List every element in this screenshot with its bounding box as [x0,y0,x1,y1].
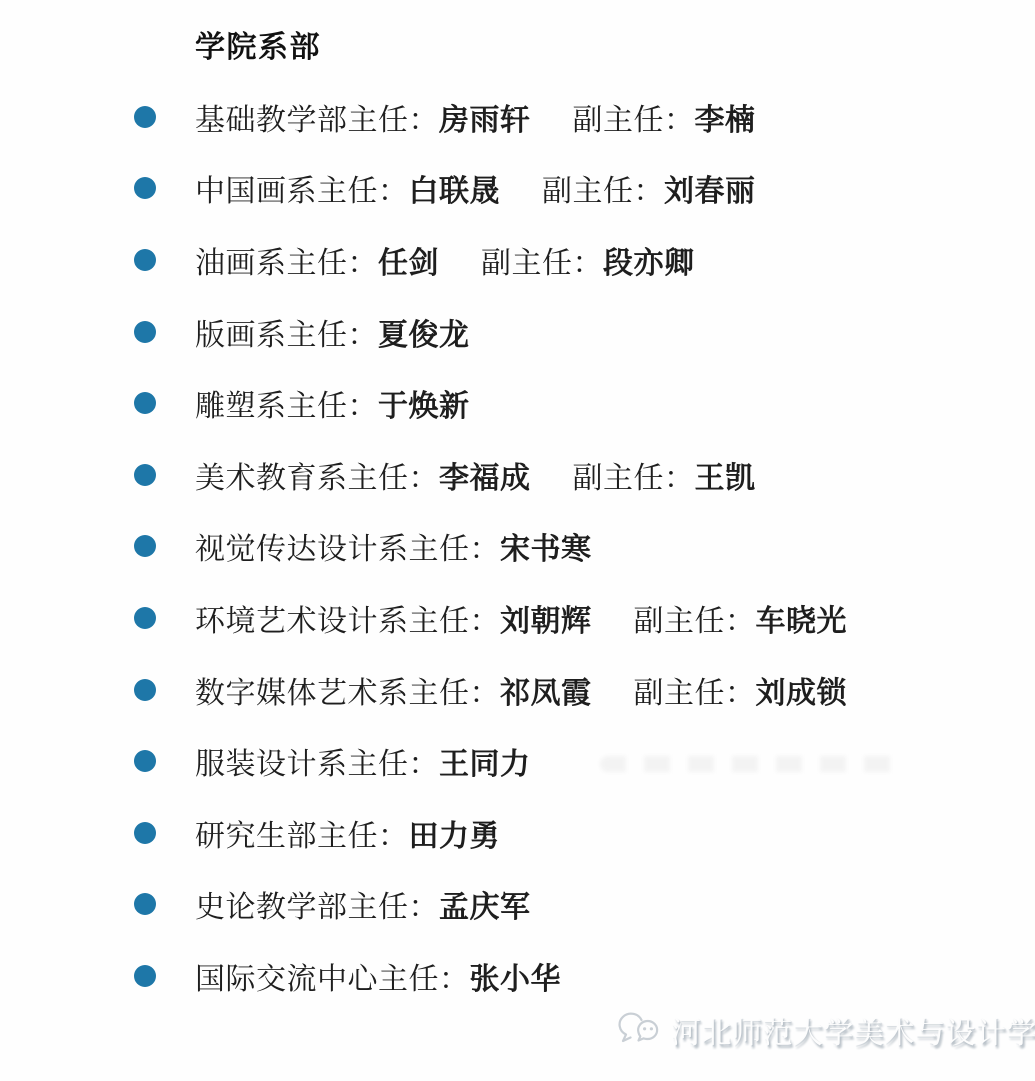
dept-head-name: 白联晟 [409,175,501,208]
dept-list-item: 美术教育系主任：李福成副主任：王凯 [0,439,1035,511]
dept-head-name: 任剑 [378,247,439,280]
dept-role-label: 油画系主任： [195,247,378,280]
vice-role-label: 副主任： [481,247,603,280]
bullet-dot-icon [134,249,156,271]
page-title: 学院系部 [195,22,321,66]
dept-head-name: 王同力 [439,748,531,781]
bullet-dot-icon [134,822,156,844]
dept-entry: 国际交流中心主任：张小华 [195,954,603,998]
vice-role-label: 副主任： [573,104,695,137]
dept-head-name: 张小华 [470,963,562,996]
dept-role-label: 基础教学部主任： [195,104,439,137]
dept-entry: 雕塑系主任：于焕新 [195,381,512,425]
dept-role-label: 数字媒体艺术系主任： [195,677,500,710]
vice-head-name: 段亦卿 [603,247,695,280]
dept-list-item: 环境艺术设计系主任：刘朝辉副主任：车晓光 [0,582,1035,654]
vice-head-name: 刘成锁 [756,677,848,710]
dept-role-label: 雕塑系主任： [195,390,378,423]
erased-watermark-ghost [600,756,900,772]
dept-list-item: 数字媒体艺术系主任：祁凤霞副主任：刘成锁 [0,654,1035,726]
wechat-watermark: 河北师范大学美术与设计学院 [616,1008,1035,1052]
dept-entry: 环境艺术设计系主任：刘朝辉副主任：车晓光 [195,596,847,640]
dept-entry: 数字媒体艺术系主任：祁凤霞副主任：刘成锁 [195,668,847,712]
bullet-dot-icon [134,464,156,486]
dept-entry: 油画系主任：任剑副主任：段亦卿 [195,238,695,282]
dept-head-name: 房雨轩 [439,104,531,137]
dept-list-item: 基础教学部主任：房雨轩副主任：李楠 [0,81,1035,153]
dept-head-name: 夏俊龙 [378,319,470,352]
dept-list-item: 研究生部主任：田力勇 [0,797,1035,869]
dept-entry: 研究生部主任：田力勇 [195,811,542,855]
vice-head-name: 李楠 [695,104,756,137]
bullet-dot-icon [134,177,156,199]
bullet-dot-icon [134,106,156,128]
dept-role-label: 中国画系主任： [195,175,409,208]
dept-role-label: 版画系主任： [195,319,378,352]
dept-entry: 史论教学部主任：孟庆军 [195,882,573,926]
dept-list-item: 史论教学部主任：孟庆军 [0,869,1035,941]
bullet-dot-icon [134,750,156,772]
dept-list-item: 雕塑系主任：于焕新 [0,367,1035,439]
vice-head-name: 刘春丽 [664,175,756,208]
dept-list-item: 中国画系主任：白联晟副主任：刘春丽 [0,153,1035,225]
dept-entry: 中国画系主任：白联晟副主任：刘春丽 [195,166,756,210]
dept-head-name: 祁凤霞 [500,677,592,710]
wechat-logo-icon [616,1008,664,1050]
vice-role-label: 副主任： [634,605,756,638]
bullet-dot-icon [134,392,156,414]
vice-role-label: 副主任： [634,677,756,710]
dept-list-item: 版画系主任：夏俊龙 [0,296,1035,368]
bullet-dot-icon [134,321,156,343]
bullet-dot-icon [134,893,156,915]
vice-role-label: 副主任： [573,462,695,495]
vice-role-label: 副主任： [542,175,664,208]
bullet-dot-icon [134,535,156,557]
dept-entry: 基础教学部主任：房雨轩副主任：李楠 [195,95,756,139]
dept-role-label: 美术教育系主任： [195,462,439,495]
dept-role-label: 研究生部主任： [195,820,409,853]
dept-head-name: 田力勇 [409,820,501,853]
vice-head-name: 王凯 [695,462,756,495]
dept-head-name: 于焕新 [378,390,470,423]
dept-entry: 视觉传达设计系主任：宋书寒 [195,524,634,568]
dept-role-label: 服装设计系主任： [195,748,439,781]
department-list: 基础教学部主任：房雨轩副主任：李楠 中国画系主任：白联晟副主任：刘春丽 油画系主… [0,81,1035,1012]
dept-entry: 美术教育系主任：李福成副主任：王凯 [195,453,756,497]
dept-head-name: 李福成 [439,462,531,495]
dept-role-label: 环境艺术设计系主任： [195,605,500,638]
dept-entry: 版画系主任：夏俊龙 [195,310,512,354]
dept-role-label: 视觉传达设计系主任： [195,533,500,566]
dept-role-label: 史论教学部主任： [195,891,439,924]
dept-list-item: 油画系主任：任剑副主任：段亦卿 [0,224,1035,296]
bullet-dot-icon [134,679,156,701]
bullet-dot-icon [134,965,156,987]
bullet-dot-icon [134,607,156,629]
dept-head-name: 刘朝辉 [500,605,592,638]
account-name-watermark: 河北师范大学美术与设计学院 [671,1008,1035,1052]
vice-head-name: 车晓光 [756,605,848,638]
dept-entry: 服装设计系主任：王同力 [195,739,573,783]
dept-list-item: 视觉传达设计系主任：宋书寒 [0,511,1035,583]
dept-head-name: 孟庆军 [439,891,531,924]
dept-role-label: 国际交流中心主任： [195,963,470,996]
dept-list-item: 国际交流中心主任：张小华 [0,940,1035,1012]
dept-head-name: 宋书寒 [500,533,592,566]
